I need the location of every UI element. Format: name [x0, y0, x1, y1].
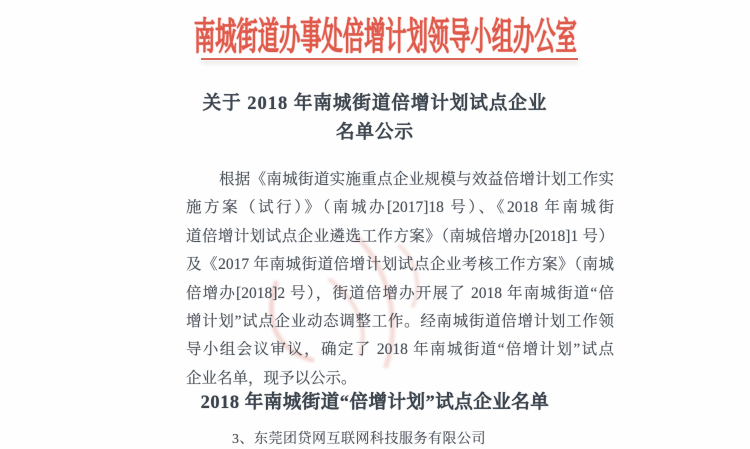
body-line: 倍增办[2018]2 号），街道倍增办开展了 2018 年南城街道“倍	[186, 280, 614, 308]
document-title-line2: 名单公示	[0, 119, 750, 148]
letterhead-divider-line	[201, 58, 578, 60]
list-item-company-3: 3、东莞团贷网互联网科技服务有限公司	[232, 428, 486, 448]
body-paragraph: 根据《南城街道实施重点企业规模与效益倍增计划工作实 施方案（试行）》（南城办[2…	[186, 166, 614, 393]
document-title-line1: 关于 2018 年南城街道倍增计划试点企业	[0, 90, 750, 119]
letterhead-org-name: 南城街道办事处倍增计划领导小组办公室	[194, 5, 577, 61]
section-heading: 2018 年南城街道“倍增计划”试点企业名单	[0, 388, 750, 414]
body-line: 增计划”试点企业动态调整工作。经南城街道倍增计划工作领	[186, 308, 614, 336]
body-line: 及《2017 年南城街道倍增计划试点企业考核工作方案》（南城	[186, 251, 614, 279]
scanned-document-page: 南城街道办事处倍增计划领导小组办公室 关于 2018 年南城街道倍增计划试点企业…	[0, 0, 750, 449]
letterhead: 南城街道办事处倍增计划领导小组办公室	[0, 5, 750, 59]
document-title: 关于 2018 年南城街道倍增计划试点企业 名单公示	[0, 90, 750, 147]
body-line: 导小组会议审议，确定了 2018 年南城街道“倍增计划”试点	[186, 336, 614, 364]
body-line: 道倍增计划试点企业遴选工作方案》（南城倍增办[2018]1 号）	[186, 223, 614, 251]
body-line: 根据《南城街道实施重点企业规模与效益倍增计划工作实	[186, 166, 614, 194]
body-line: 施方案（试行）》（南城办[2017]18 号）、《2018 年南城街	[186, 194, 614, 222]
